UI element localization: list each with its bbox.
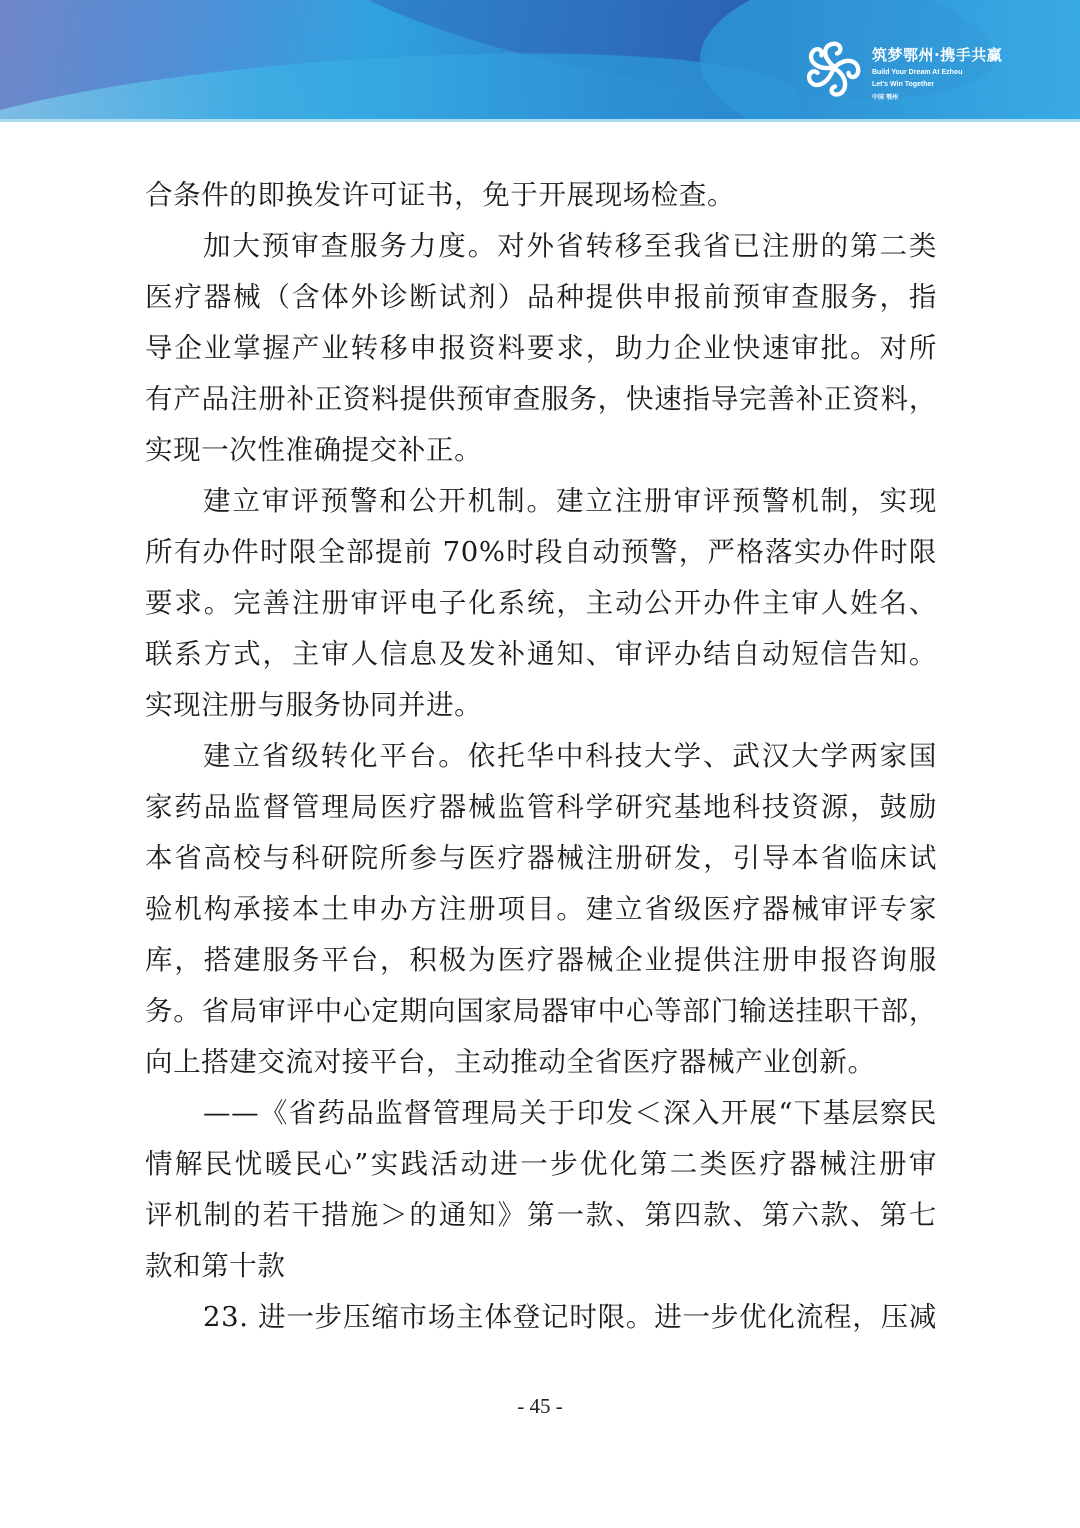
text-line: 家药品监督管理局医疗器械监管科学研究基地科技资源，鼓励 <box>145 782 937 833</box>
citation-line: 评机制的若干措施＞的通知》第一款、第四款、第六款、第七 <box>145 1190 937 1241</box>
citation-start-line: ——《省药品监督管理局关于印发＜深入开展“下基层察民 <box>145 1088 937 1139</box>
text-line: 实现注册与服务协同并进。 <box>145 680 937 731</box>
paragraph-start-line: 加大预审查服务力度。对外省转移至我省已注册的第二类 <box>145 221 937 272</box>
flower-logo-icon <box>804 38 866 100</box>
logo-location: 中国 鄂州 <box>872 92 1002 101</box>
text-line: 导企业掌握产业转移申报资料要求，助力企业快速审批。对所 <box>145 323 937 374</box>
ezhou-logo: 筑梦鄂州·携手共赢 Build Your Dream At Ezhou Let'… <box>804 38 1002 101</box>
text-line: 合条件的即换发许可证书，免于开展现场检查。 <box>145 170 937 221</box>
text-line: 联系方式，主审人信息及发补通知、审评办结自动短信告知。 <box>145 629 937 680</box>
banner-edge <box>0 119 1080 122</box>
paragraph-start-line: 建立审评预警和公开机制。建立注册审评预警机制，实现 <box>145 476 937 527</box>
text-line: 要求。完善注册审评电子化系统，主动公开办件主审人姓名、 <box>145 578 937 629</box>
text-line: 库，搭建服务平台，积极为医疗器械企业提供注册申报咨询服 <box>145 935 937 986</box>
text-line: 验机构承接本土申办方注册项目。建立省级医疗器械审评专家 <box>145 884 937 935</box>
item-23-heading-line: 23. 进一步压缩市场主体登记时限。进一步优化流程，压减 <box>145 1292 937 1343</box>
logo-title: 筑梦鄂州·携手共赢 <box>872 44 1002 65</box>
text-line: 向上搭建交流对接平台，主动推动全省医疗器械产业创新。 <box>145 1037 937 1088</box>
text-line: 实现一次性准确提交补正。 <box>145 425 937 476</box>
paragraph-start-line: 建立省级转化平台。依托华中科技大学、武汉大学两家国 <box>145 731 937 782</box>
logo-subtitle-2: Let's Win Together <box>872 80 1002 89</box>
page-number: - 45 - <box>0 1394 1080 1419</box>
citation-line: 款和第十款 <box>145 1241 937 1292</box>
text-line: 有产品注册补正资料提供预审查服务，快速指导完善补正资料， <box>145 374 937 425</box>
text-line: 务。省局审评中心定期向国家局器审中心等部门输送挂职干部， <box>145 986 937 1037</box>
logo-subtitle-1: Build Your Dream At Ezhou <box>872 68 1002 77</box>
document-body: 合条件的即换发许可证书，免于开展现场检查。 加大预审查服务力度。对外省转移至我省… <box>145 170 937 1343</box>
header-banner: 筑梦鄂州·携手共赢 Build Your Dream At Ezhou Let'… <box>0 0 1080 122</box>
text-line: 医疗器械（含体外诊断试剂）品种提供申报前预审查服务，指 <box>145 272 937 323</box>
citation-line: 情解民忧暖民心”实践活动进一步优化第二类医疗器械注册审 <box>145 1139 937 1190</box>
text-line: 本省高校与科研院所参与医疗器械注册研发，引导本省临床试 <box>145 833 937 884</box>
text-line: 所有办件时限全部提前 70%时段自动预警，严格落实办件时限 <box>145 527 937 578</box>
